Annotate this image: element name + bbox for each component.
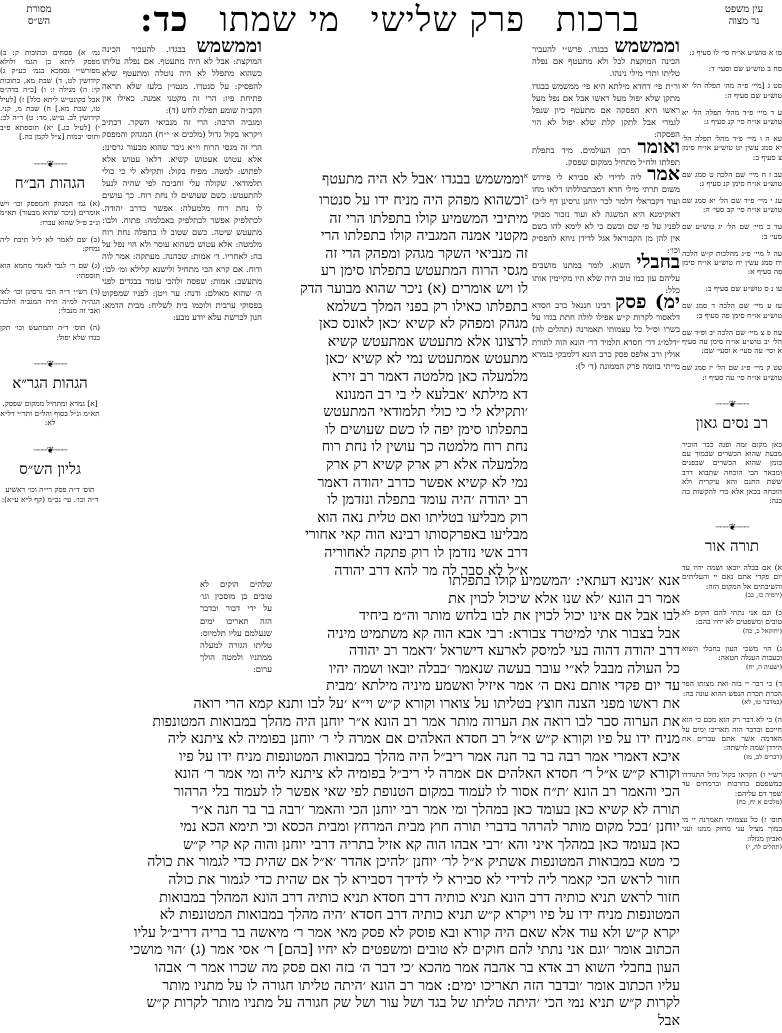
gemara-line: מלמעלה כאן מלמטה דאמר רב זירא	[270, 369, 528, 387]
gemara-line: מגסי הרוח המתעטש בתפלתו סימן רע	[270, 263, 528, 281]
perek-number: פרק שלישי	[371, 2, 525, 38]
page-title: ברכות פרק שלישי מי שמתו כד:	[140, 2, 640, 38]
rashi-paragraph: ור״ת פי׳ דחדא מילתא היא פי׳ ממשמש בבגדו …	[532, 80, 680, 141]
gemara-line-text: וכשהוא מפהק היה מניח ידו על סנטרו	[319, 193, 524, 209]
ein-mishpat-label-line2: נר מצוה	[714, 16, 774, 28]
gemara-line: הכתוב אומר ׳וגם אני נתתי להם חוקים לא טו…	[102, 942, 680, 960]
gemara-line: לרצונו אלא מתעטש אמתעטש קשיא	[270, 334, 528, 352]
ornament-divider-icon: ┈┈┈❦┈┈┈	[0, 360, 100, 370]
ein-mishpat-entry: עט ק מיי׳ פ״ג שם הל׳ יז סמג שם טוש״ע או״…	[682, 363, 782, 382]
hagahot-hagra-title: הגהות הגר״א	[0, 374, 100, 392]
torah-or-entry: ג) הוי משכי העון בחבלי השוא וכעבות העגלה…	[682, 644, 782, 672]
gemara-line: יוחנן ׳בכל מקום מותר להרהר בדברי תורה חו…	[102, 819, 680, 837]
footnote-marker: א	[524, 172, 528, 180]
hagahot-habach-entry: (ג) שם ר׳ לגבי לאמר מחמא הוא תוספתי:	[0, 261, 100, 280]
gemara-line: כאן בעומד כאן במהלך איני והא ׳רבי אבהו ה…	[102, 837, 680, 855]
mesoret-label-line2: הש״ס	[14, 16, 64, 28]
rav-nissim-gaon-text: כאן מקום זמה ופגה כבר הוכיר מבעת שהוא הכ…	[682, 440, 782, 506]
ein-mishpat-entry: עח פ צ מיי׳ שם הלכה יב ופ״ד שם הל׳ יב טו…	[682, 328, 782, 356]
gemara-line: נחת רוח מלמטה כך עושין לו נחת רוח	[270, 439, 528, 457]
gemara-text-mid: אנא ׳אנינא דעתאי: ׳המשמיע קולו בתפלתו אמ…	[270, 573, 680, 608]
tosafot-dibbur-hamatchil: וממשמש	[196, 40, 262, 57]
torah-or-verse: רש״י ו) הקראו בקול גדול התגודדו כמשפטם ב…	[682, 770, 782, 798]
torah-or-entry: ה) כי לא דבר רק הוא מכם כי הוא חייכם ובד…	[682, 715, 782, 762]
gemara-line: בתפלתו סימן יפה לו כשם שעושים לו	[270, 422, 528, 440]
gemara-line: ׳ותקילא לי כי כולי תלמודאי המתעטש	[270, 404, 528, 422]
torah-or-source: (מלכים א יח, כח)	[682, 798, 782, 807]
ein-mishpat-entry: סח ב טוש״ע שם וסעי׳ ד:	[682, 64, 782, 73]
torah-or-title: תורה אור	[682, 537, 782, 555]
gemara-line: זה מנביאי השקר מגהק ומפהק הרי זה	[270, 246, 528, 264]
gemara-line: לקרות ק״ש תניא נמי הכי ׳היתה טליתו של בג…	[102, 995, 680, 1013]
tosafot-text: ומגביה הרבה: הרי זה מנביאי השקר. דכתיב ו…	[102, 117, 262, 322]
ein-mishpat-entry: עה ל מיי׳ פ״ג מהלכות ק״ש הלכה יח סמג עשי…	[682, 249, 782, 277]
tosafot-paragraph: ומגביה הרבה: הרי זה מנביאי השקר. דכתיב ו…	[102, 116, 262, 323]
gemara-line: עליו הכתוב אומר ׳ובדבר הזה תאריכו ימים: …	[102, 978, 680, 996]
gemara-line: המטונפות מניח ידו על פיו ויקרא ק״ש תניא …	[102, 907, 680, 925]
gemara-line: מיתיבי המשמיע קולו בתפלתו הרי זה	[270, 211, 528, 229]
torah-or-entry: א) אם בבלה יובאו ושמה יהיו עד יום פקדי א…	[682, 563, 782, 601]
gemara-line: אוממשמש בבגדו ׳אבל לא היה מתעטף	[270, 168, 528, 189]
torah-or-source: (ישעיה ה, יח)	[682, 663, 782, 672]
ein-mishpat-entry: עא ה ו מיי׳ פ״ד מהל׳ תפלה הל׳ יא סמג עשי…	[682, 134, 782, 162]
gemara-line: בתפלתו כאילו רק בפני המלך בשלמא	[270, 299, 528, 317]
hagahot-habach-entry: (ה) תוס׳ ד״ה ותמתעש וכו׳ תקן בגדו שלא יפ…	[0, 323, 100, 342]
gemara-text-wide: את ראשו מפני הצנה חוצץ בטליתו על צוארו ו…	[102, 696, 680, 1030]
gemara-line: נמי לא קשיא אפשר כדרב יהודה דאמר	[270, 475, 528, 493]
torah-or-source: (דברים לב, מז)	[682, 753, 782, 762]
rashi-paragraph: וממשמש בבגדו. פרש״י להעביר הכינה המוקצת …	[532, 40, 680, 80]
hagahot-habach-title: הגהות הב״ח	[0, 174, 100, 192]
gilyon-hashas-text: תוס׳ ד״ה פסק רי״ה וכו׳ ראשיע ד״ה וכו׳. ע…	[0, 485, 100, 504]
footnote-marker: ב	[525, 193, 528, 201]
right-margin: סו א טוש״ע או״ח סי׳ לו סעיף ג: סח ב טוש״…	[682, 40, 782, 1033]
gemara-line: מבליעו באפרקסותו רבינא הוה קאי אחורי	[270, 527, 528, 545]
rashi-text: ור״ת פי׳ דחדא מילתא היא פי׳ ממשמש בבגדו …	[532, 81, 680, 140]
mesoret-hashas-label: מסורת הש״ס	[14, 4, 64, 28]
gemara-line: דרב יהודה דהוה בעי למיסק לארעא דישראל ׳ד…	[270, 643, 680, 661]
torah-or-list: א) אם בבלה יובאו ושמה יהיו עד יום פקדי א…	[682, 563, 782, 853]
gemara-line: דא מילתא ׳אבלעא לי בי רב המנונא	[270, 387, 528, 405]
gemara-line: מתעטש אמתעטש נמי לא קשיא ׳כאן	[270, 351, 528, 369]
torah-or-source: (במדבר טו, לא)	[682, 698, 782, 707]
gemara-line: וקורא ק״ש א״ל ר׳ חסדא האלהים אם אמרה לי …	[102, 766, 680, 784]
rashi-dibbur-hamatchil: ימ) פסק	[615, 291, 680, 313]
gemara-line: כי מטא במבואות המטונפות אשתיק א״ל לר׳ יו…	[102, 854, 680, 872]
gemara-line: העון בחבלי השוא רב אדא בר אהבה אמר מהכא …	[102, 960, 680, 978]
rashi-dibbur-hamatchil: ואומר	[637, 136, 680, 158]
chapter-name: מי שמתו	[219, 2, 340, 38]
gemara-line: אנא ׳אנינא דעתאי: ׳המשמיע קולו בתפלתו	[270, 573, 680, 591]
gemara-line: אמר רב הונא ׳לא שנו אלא שיכול לכוין את	[270, 591, 680, 609]
ein-mishpat-entry: עו נ ס טוש״ע שם סעיף ב:	[682, 284, 782, 293]
rashi-text: ליה לדידי לא סבירא לי פירוש משום תרתי מי…	[532, 172, 680, 255]
gemara-line: תורה לא קשיא כאן בעומד כאן במהלך ומי אמר…	[102, 802, 680, 820]
gemara-text: אוממשמש בבגדו ׳אבל לא היה מתעטף בוכשהוא …	[270, 168, 528, 580]
ornament-divider-icon: ┈┈┈❦┈┈┈	[682, 523, 782, 533]
gemara-line: עד יום פקדי אותם נאם ה׳ אמר איזיל ואשמע …	[270, 678, 680, 696]
tractate-name: ברכות	[556, 2, 640, 38]
gemara-line: לבו אבל אם אינו יכול לכוין את לבו בלחש מ…	[270, 608, 680, 626]
gemara-line: את ראשו מפני הצנה חוצץ בטליתו על צוארו ו…	[102, 696, 680, 714]
gemara-line: חזור לראש הכי קאמר ליה לדידי לא סבירא לי…	[102, 872, 680, 890]
ein-mishpat-label: עין משפט נר מצוה	[714, 4, 774, 28]
torah-or-verse: ה) כי לא דבר רק הוא מכם כי הוא חייכם ובד…	[682, 715, 782, 752]
ein-mishpat-entry: עג י מיי׳ פ״ד שם הל׳ יא סמג שם טוש״ע או״…	[682, 196, 782, 215]
rav-nissim-gaon-title: רב נסים גאון	[682, 414, 782, 432]
rashi-commentary: וממשמש בבגדו. פרש״י להעביר הכינה המוקצת …	[532, 40, 680, 600]
ornament-divider-icon: ┈┈┈❦┈┈┈	[0, 446, 100, 456]
mesoret-hashas-text: גמ׳ א) פסחים וכתובות ק: ב) מפסק ליתא כן …	[0, 48, 100, 142]
torah-or-verse: א) אם בבלה יובאו ושמה יהיו עד יום פקדי א…	[682, 563, 782, 591]
gemara-line-text: וממשמש בבגדו ׳אבל לא היה מתעטף	[322, 172, 524, 188]
gemara-line: אבל	[102, 1013, 680, 1031]
gemara-text-mid-2: לבו אבל אם אינו יכול לכוין את לבו בלחש מ…	[270, 608, 680, 696]
gemara-line: כל העולה מבבל לא״י עובר בעשה שנאמר ׳בבלה…	[270, 661, 680, 679]
torah-or-verse: ד) כי דבר יי בזה ואת מצותו הפר הכרת תכרת…	[682, 679, 782, 697]
torah-or-verse: ג) הוי משכי העון בחבלי השוא וכעבות העגלה…	[682, 644, 782, 662]
torah-or-entry: ב) וגם אני נתתי להם חקים לא טובים ומשפטי…	[682, 608, 782, 636]
daf-number: כד:	[140, 2, 189, 38]
ornament-divider-icon: ┈┈┈❦┈┈┈	[0, 160, 100, 170]
gemara-line: בוכשהוא מפהק היה מניח ידו על סנטרו	[270, 189, 528, 210]
torah-or-source: (ירמיה כז, כב)	[682, 591, 782, 600]
ein-mishpat-entry: עז ע מיי׳ שם הלכה ד סמג שם טוש״ע או״ח סי…	[682, 301, 782, 320]
torah-or-entry: רש״י ו) הקראו בקול גדול התגודדו כמשפטם ב…	[682, 770, 782, 808]
rashi-text: רבינו חננאל כרב חסדא דלאסור לקרות ק״ש אפ…	[532, 300, 680, 371]
gemara-line: לו ויש אומרים (א) ניכר שהוא מבוער הדק	[270, 281, 528, 299]
ein-mishpat-entry: סט ג [מיי׳ פ״ה מה׳ תפלה הל׳ יא טוש״ע שם …	[682, 81, 782, 100]
page-header: עין משפט נר מצוה ברכות פרק שלישי מי שמתו…	[0, 0, 782, 40]
left-margin: גמ׳ א) פסחים וכתובות ק: ב) מפסק ליתא כן …	[0, 40, 100, 1033]
gemara-line: איכא דאמרי אמר רבה בר בר חנה אמר ריב״ל ה…	[102, 749, 680, 767]
torah-or-verse: ב) וגם אני נתתי להם חקים לא טובים ומשפטי…	[682, 608, 782, 626]
gemara-line: מגהק ומפהק לא קשיא ׳כאן לאונס כאן	[270, 316, 528, 334]
talmud-page: עין משפט נר מצוה ברכות פרק שלישי מי שמתו…	[0, 0, 782, 1033]
rashi-dibbur-hamatchil: אמר	[647, 163, 680, 185]
torah-or-entry: ד) כי דבר יי בזה ואת מצותו הפר הכרת תכרת…	[682, 679, 782, 707]
tosafot-paragraph: וממשמש בבגדו. להעביר הכינה המוקצת: אבל ל…	[102, 40, 262, 116]
tosafot-text: בבגדו. להעביר הכינה המוקצת: אבל לא היה מ…	[102, 44, 262, 115]
rashi-paragraph: ימ) פסק רבינו חננאל כרב חסדא דלאסור לקרו…	[532, 296, 680, 372]
rashi-paragraph: אמר ליה לדידי לא סבירא לי פירוש משום תרת…	[532, 168, 680, 256]
gilyon-hashas-title: גליון הש״ס	[0, 460, 100, 478]
ein-mishpat-list: סו א טוש״ע או״ח סי׳ לו סעיף ג: סח ב טוש״…	[682, 48, 782, 383]
hagahot-habach-entry: (ב) שם לאמר לא ל״ל תיבת ליה נמחק:	[0, 235, 100, 254]
gemara-line: חזור לראש תניא כותיה דרב הונא תניא כותיה…	[102, 890, 680, 908]
gemara-line: מקטני אמנה המגביה קולו בתפלתו הרי	[270, 228, 528, 246]
torah-or-source: (תהלים לה, י)	[682, 843, 782, 852]
ein-mishpat-entry: עב ז ח מיי׳ שם הלכה ט סמג שם טוש״ע או״ח …	[682, 170, 782, 189]
hagahot-habach-entry: (א) גמ׳ המגהק והמפסק וכו׳ ויש אומרים (ני…	[0, 199, 100, 227]
ein-mishpat-label-line1: עין משפט	[714, 4, 774, 16]
gemara-line: רוק מבליעו בטליתו ואם טלית נאה הוא	[270, 510, 528, 528]
tosafot-lower-text: שלהים הוקים לא טובים כן מוסכין וגו׳ על י…	[200, 578, 272, 676]
ein-mishpat-entry: סו א טוש״ע או״ח סי׳ לו סעיף ג:	[682, 48, 782, 57]
gemara-line: יקרא ק״ש ולא עוד אלא שאם היה קורא ובא פו…	[102, 925, 680, 943]
torah-or-source: (יחזקאל כ, כה)	[682, 627, 782, 636]
gemara-line: רב יהודה ׳היה עומד בתפלה ונזדמן לו	[270, 492, 528, 510]
mesoret-label-line1: מסורת	[14, 4, 64, 16]
ein-mishpat-entry: ע ד מיי׳ פ״ד מהל׳ תפלה הל׳ יא טוש״ע או״ח…	[682, 108, 782, 127]
gemara-line: מניח ידו על פיו וקורא ק״ש א״ל רב חסדא הא…	[102, 731, 680, 749]
gemara-line: אבל בצבור אתי למיטרד צבורא: רבי אבא הוה …	[270, 626, 680, 644]
rashi-dibbur-hamatchil: בחבלי	[637, 251, 680, 273]
gemara-line: דרב אשי נזדמן לו רוק פתקה לאחוריה	[270, 545, 528, 563]
torah-or-verse: תוס׳ ז) כל עצמותי תאמרנה יי מי כמוך מציל…	[682, 815, 782, 843]
ein-mishpat-entry: עד כ מיי׳ שם הל׳ יג טוש״ע שם סעי׳ ב:	[682, 222, 782, 241]
ornament-divider-icon: ┈┈┈❦┈┈┈	[682, 400, 782, 410]
gemara-line: את הערוה סבר לבו רואה את הערוה מותר אמר …	[102, 714, 680, 732]
rashi-dibbur-hamatchil: וממשמש	[614, 40, 680, 57]
gemara-line: הכי והאמר רב הונא ׳ת״ח אסור לו לעמוד במק…	[102, 784, 680, 802]
torah-or-entry: תוס׳ ז) כל עצמותי תאמרנה יי מי כמוך מציל…	[682, 815, 782, 853]
hagahot-habach-entry: (ד) רש״י ד״ה הכי גרסינן וכו׳ לאו הגה״ה ל…	[0, 287, 100, 315]
gemara-line: מלמעלה אלא רק ארק קשיא רק ארק	[270, 457, 528, 475]
hagahot-hagra-text: [א] גמרא ומתחיל ממקום שפסק. תא״מ ונ״ל בס…	[0, 399, 100, 427]
